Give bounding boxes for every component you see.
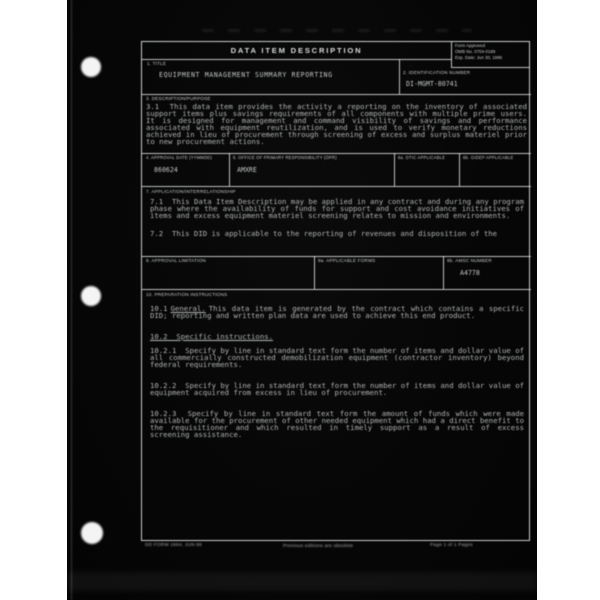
footer-page-number: Page 1 of 1 Pages xyxy=(430,543,473,548)
divider-line xyxy=(314,256,315,289)
amsc-number-label: 9b. AMSC NUMBER xyxy=(447,258,492,263)
scanned-document: DATA ITEM DESCRIPTION Form Approved OMB … xyxy=(0,0,600,600)
approval-limitation-label: 8. APPROVAL LIMITATION xyxy=(146,258,206,263)
prep-heading-10-2: 10.2 Specific instructions. xyxy=(150,333,524,340)
opr-label: 5. OFFICE OF PRIMARY RESPONSIBILITY (OPR… xyxy=(233,155,337,160)
scan-artifact-band xyxy=(67,572,537,591)
prep-10-1-text: This data item is generated by the contr… xyxy=(150,304,524,320)
divider-line xyxy=(142,59,451,60)
omb-line-3: Exp. Date: Jun 30, 1986 xyxy=(455,55,530,61)
page-edge-line xyxy=(71,0,72,600)
dd-form-1664: DATA ITEM DESCRIPTION Form Approved OMB … xyxy=(141,41,530,541)
amsc-number-value: A4778 xyxy=(460,270,480,277)
divider-line xyxy=(142,256,531,257)
prep-para-10-2-1: 10.2.1 Specify by line in standard text … xyxy=(150,347,524,368)
divider-line xyxy=(142,186,531,187)
approval-date-value: 860624 xyxy=(154,167,178,174)
divider-line xyxy=(229,153,230,186)
footer-note: Previous editions are obsolete xyxy=(283,544,353,549)
id-number-label: 2. IDENTIFICATION NUMBER xyxy=(403,70,470,75)
omb-approval-box: Form Approved OMB No. 0704-0188 Exp. Dat… xyxy=(451,42,530,68)
divider-line xyxy=(142,94,531,95)
gidep-applicable-label: 6b. GIDEP APPLICABLE xyxy=(463,155,513,160)
form-title: DATA ITEM DESCRIPTION xyxy=(142,46,451,55)
application-label: 7. APPLICATION/INTERRELATIONSHIP xyxy=(146,189,236,194)
prep-para-10-1: 10.1General.This data item is generated … xyxy=(150,305,524,319)
divider-line xyxy=(394,153,395,186)
divider-line xyxy=(459,153,460,186)
scan-artifact xyxy=(202,29,472,32)
description-purpose-label: 3. DESCRIPTION/PURPOSE xyxy=(146,96,211,101)
application-para-7-1: 7.1 This Data Item Description may be ap… xyxy=(150,198,524,219)
footer-form-number: DD FORM 1664, JUN 86 xyxy=(145,543,202,548)
title-field-value: EQUIPMENT MANAGEMENT SUMMARY REPORTING xyxy=(159,72,333,79)
divider-line xyxy=(142,153,531,154)
description-purpose-text: 3.1 This data item provides the activity… xyxy=(146,103,527,146)
prep-para-10-2-2: 10.2.2 Specify by line in standard text … xyxy=(150,382,524,396)
application-para-7-2: 7.2 This DID is applicable to the report… xyxy=(150,230,524,237)
dtic-applicable-label: 6a. DTIC APPLICABLE xyxy=(398,155,445,160)
divider-line xyxy=(399,59,400,94)
title-field-label: 1. TITLE xyxy=(147,61,166,66)
hole-punch-middle xyxy=(81,286,101,306)
divider-line xyxy=(443,256,444,289)
approval-date-label: 4. APPROVAL DATE (YYMMDD) xyxy=(146,155,212,160)
id-number-value: DI-MGMT-80741 xyxy=(406,81,458,88)
prep-para-10-2-3: 10.2.3 Specify by line in standard text … xyxy=(150,410,524,438)
document-page: DATA ITEM DESCRIPTION Form Approved OMB … xyxy=(67,0,537,600)
opr-value: AMXRE xyxy=(237,167,257,174)
scan-content: DATA ITEM DESCRIPTION Form Approved OMB … xyxy=(67,0,537,600)
hole-punch-bottom xyxy=(81,522,103,544)
divider-line xyxy=(142,289,531,290)
applicable-forms-label: 9a. APPLICABLE FORMS xyxy=(318,258,375,263)
hole-punch-top xyxy=(81,57,101,77)
preparation-instructions-label: 10. PREPARATION INSTRUCTIONS xyxy=(146,292,227,297)
